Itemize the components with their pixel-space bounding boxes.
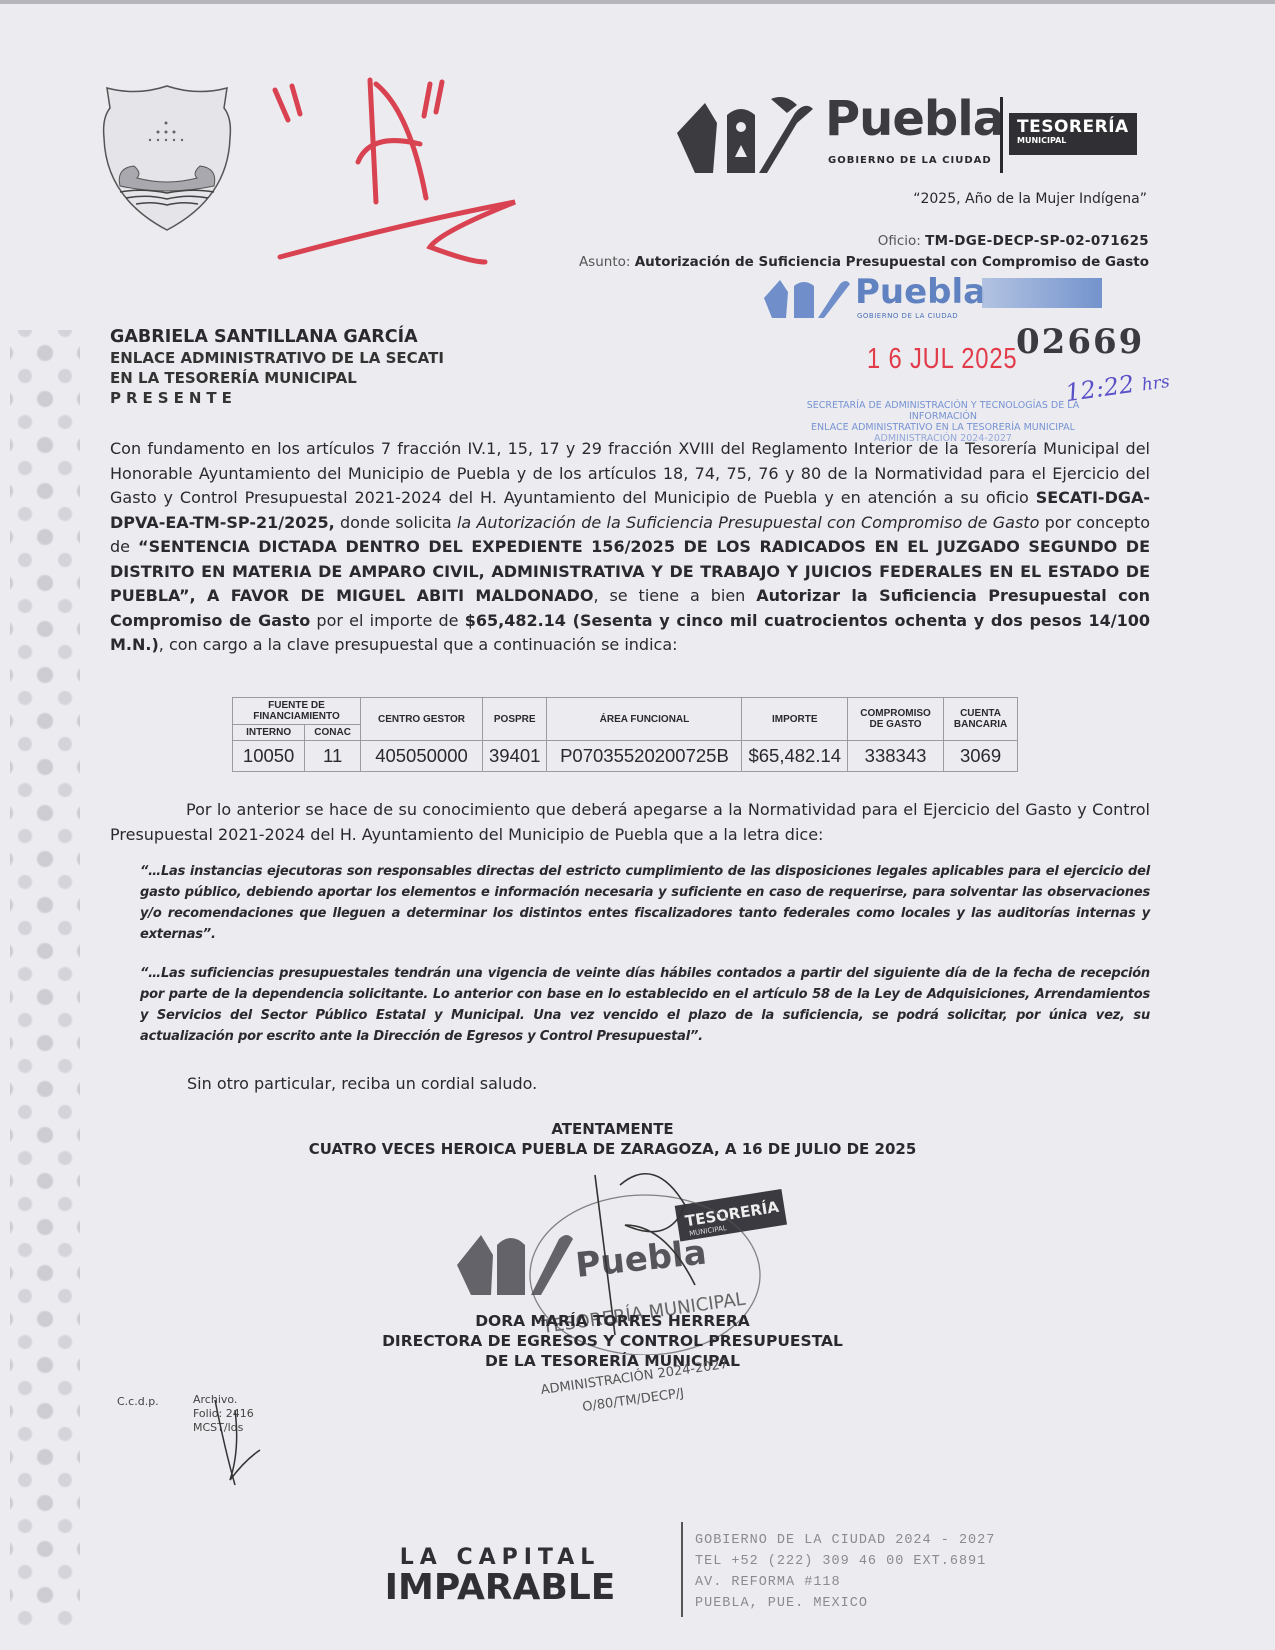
cell-conac: 11 [305, 741, 361, 772]
scan-edge [0, 0, 1275, 4]
document-page: Puebla GOBIERNO DE LA CIUDAD TESORERÍA M… [0, 0, 1275, 1650]
cell-pospre: 39401 [483, 741, 547, 772]
header-area-funcional: ÁREA FUNCIONAL [547, 698, 742, 741]
header-cuenta: CUENTA BANCARIA [944, 698, 1018, 741]
logo-subtitle: GOBIERNO DE LA CIUDAD [828, 155, 992, 166]
header-centro-gestor: CENTRO GESTOR [361, 698, 483, 741]
recipient-presente: PRESENTE [110, 388, 444, 408]
svg-text:Puebla: Puebla [574, 1232, 709, 1285]
reception-folio-stamp: 02669 [1016, 322, 1144, 362]
recipient-department: EN LA TESORERÍA MUNICIPAL [110, 368, 444, 388]
asunto-subject: Asunto: Autorización de Suficiencia Pres… [579, 254, 1149, 270]
cell-compromiso: 338343 [848, 741, 944, 772]
puebla-tesoreria-logo: Puebla GOBIERNO DE LA CIUDAD TESORERÍA M… [675, 85, 1145, 175]
cell-importe: $65,482.14 [742, 741, 848, 772]
header-compromiso: COMPROMISO DE GASTO [848, 698, 944, 741]
cell-area-funcional: P07035520200725B [547, 741, 742, 772]
footer-address: GOBIERNO DE LA CIUDAD 2024 - 2027 TEL +5… [695, 1530, 995, 1614]
municipal-crest-icon [92, 78, 242, 238]
red-handwritten-annotation [270, 72, 550, 272]
recipient-block: GABRIELA SANTILLANA GARCÍA ENLACE ADMINI… [110, 326, 444, 408]
signatory-title: DIRECTORA DE EGRESOS Y CONTROL PRESUPUES… [0, 1331, 1275, 1351]
decorative-border-pattern [10, 330, 80, 1630]
footer-divider [681, 1522, 683, 1617]
signature-heading: ATENTAMENTE CUATRO VECES HEROICA PUEBLA … [0, 1119, 1275, 1159]
logo-divider [1000, 97, 1003, 173]
cc-label: C.c.d.p. [117, 1395, 159, 1408]
logo-wordmark: Puebla [825, 91, 1004, 147]
recipient-position: ENLACE ADMINISTRATIVO DE LA SECATI [110, 348, 444, 368]
signatory-department: DE LA TESORERÍA MUNICIPAL [0, 1351, 1275, 1371]
quote-responsabilidad: “…Las instancias ejecutoras son responsa… [140, 861, 1150, 945]
header-interno: INTERNO [233, 725, 305, 741]
closing-line: Sin otro particular, reciba un cordial s… [187, 1074, 537, 1093]
header-fuente: FUENTE DE FINANCIAMIENTO [233, 698, 361, 725]
oficio-number: Oficio: TM-DGE-DECP-SP-02-071625 [878, 233, 1149, 249]
cell-centro-gestor: 405050000 [361, 741, 483, 772]
budget-key-table: FUENTE DE FINANCIAMIENTO CENTRO GESTOR P… [232, 697, 1018, 772]
signatory-name: DORA MARÍA TORRES HERRERA [0, 1311, 1275, 1331]
signatory-block: DORA MARÍA TORRES HERRERA DIRECTORA DE E… [0, 1311, 1275, 1371]
quote-vigencia: “…Las suficiencias presupuestales tendrá… [140, 963, 1150, 1047]
capital-imparable-logo: LA CAPITAL IMPARABLE [360, 1545, 640, 1615]
header-conac: CONAC [305, 725, 361, 741]
table-row: 10050 11 405050000 39401 P07035520200725… [233, 741, 1018, 772]
header-importe: IMPORTE [742, 698, 848, 741]
reception-date-stamp: 1 6 JUL 2025 [867, 343, 1017, 376]
reception-stamp-logo: Puebla GOBIERNO DE LA CIUDAD [760, 272, 1110, 322]
year-motto: “2025, Año de la Mujer Indígena” [913, 191, 1147, 207]
puebla-emblem-icon [762, 274, 850, 318]
tesoreria-badge: TESORERÍA MUNICIPAL [1009, 113, 1137, 155]
normativity-paragraph: Por lo anterior se hace de su conocimien… [110, 797, 1150, 847]
recipient-name: GABRIELA SANTILLANA GARCÍA [110, 326, 444, 348]
initials-signature [200, 1390, 270, 1490]
body-paragraph: Con fundamento en los artículos 7 fracci… [110, 437, 1150, 658]
cell-interno: 10050 [233, 741, 305, 772]
header-pospre: POSPRE [483, 698, 547, 741]
puebla-emblem-icon [675, 93, 815, 175]
cell-cuenta: 3069 [944, 741, 1018, 772]
stamp-bar [982, 278, 1102, 308]
